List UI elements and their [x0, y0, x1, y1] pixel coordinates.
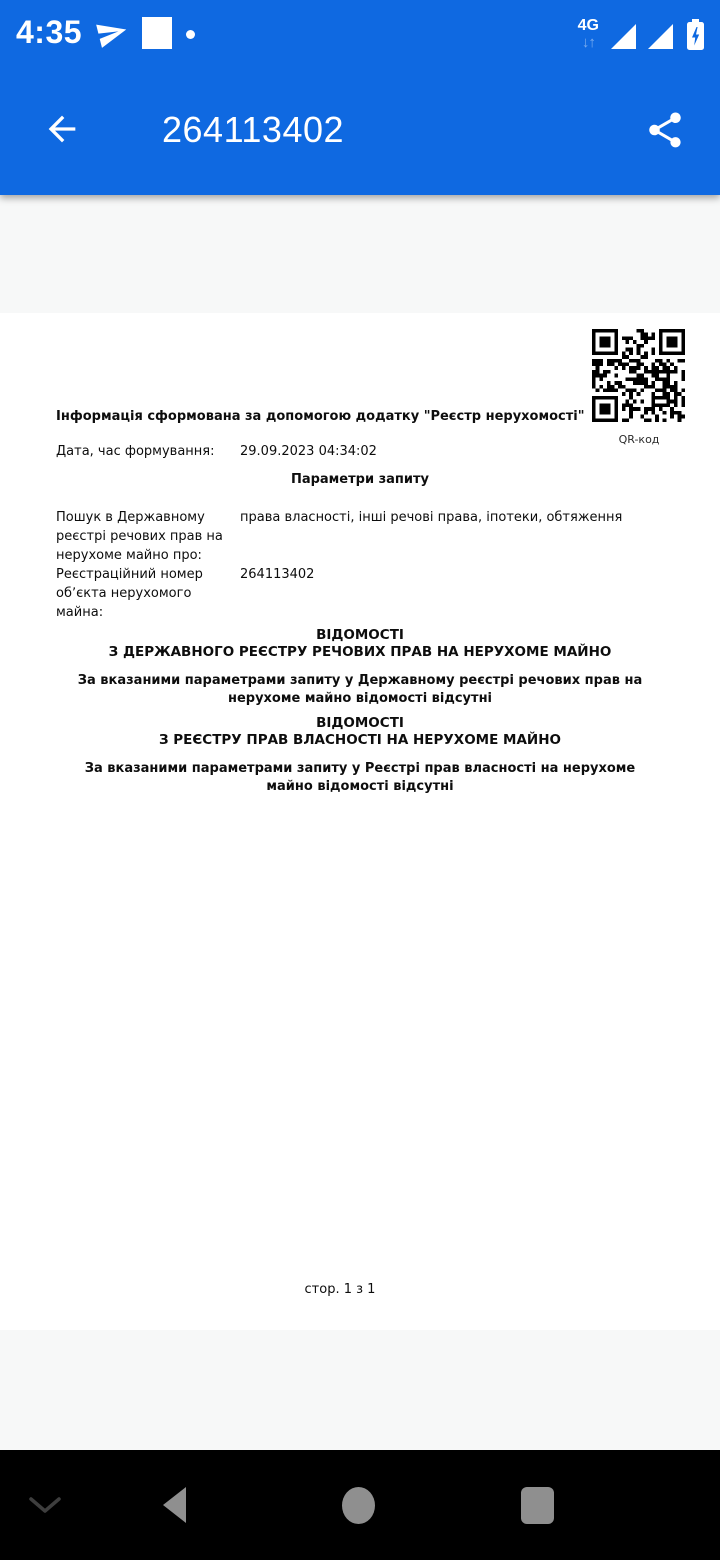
share-button[interactable]	[644, 109, 686, 151]
app-notification-icon	[142, 17, 172, 49]
status-right-group: 4G ↓↑	[578, 16, 720, 50]
section2-title-line1: ВІДОМОСТІ	[0, 715, 720, 732]
nav-back-button[interactable]	[163, 1487, 186, 1524]
nav-home-button[interactable]	[342, 1487, 375, 1524]
page-number-footer: стор. 1 з 1	[0, 1282, 680, 1297]
qr-block: QR-код	[592, 329, 686, 446]
document-page: QR-код Інформація сформована за допомого…	[0, 313, 720, 1330]
status-left-group: 4:35	[0, 14, 195, 51]
section2-title: ВІДОМОСТІ З РЕЄСТРУ ПРАВ ВЛАСНОСТІ НА НЕ…	[0, 715, 720, 749]
phone-screen: 4:35 4G ↓↑	[0, 0, 720, 1560]
battery-charging-icon	[685, 19, 706, 50]
param-regnumber-label: Реєстраційний номер обʼєкта нерухомого м…	[56, 565, 228, 622]
back-triangle-icon	[163, 1487, 186, 1523]
notification-dot-icon	[186, 30, 195, 39]
back-button[interactable]	[42, 109, 82, 149]
param-search-label: Пошук в Державному реєстрі речових прав …	[56, 508, 228, 565]
telegram-notification-icon	[96, 17, 128, 49]
page-title: 264113402	[162, 65, 344, 195]
section2-body: За вказаними параметрами запиту у Реєстр…	[60, 760, 660, 796]
clock: 4:35	[16, 14, 82, 51]
qr-code-image	[592, 329, 685, 422]
section1-body: За вказаними параметрами запиту у Держав…	[60, 672, 660, 708]
section1-title-line1: ВІДОМОСТІ	[0, 627, 720, 644]
document-info-line: Інформація сформована за допомогою додат…	[56, 409, 585, 424]
android-navigation-bar	[0, 1450, 720, 1560]
param-search-value: права власності, інші речові права, іпот…	[240, 508, 670, 527]
date-value: 29.09.2023 04:34:02	[240, 444, 377, 459]
network-activity-arrows-icon: ↓↑	[582, 35, 595, 50]
network-indicator: 4G ↓↑	[578, 18, 599, 50]
section1-title: ВІДОМОСТІ З ДЕРЖАВНОГО РЕЄСТРУ РЕЧОВИХ П…	[0, 627, 720, 661]
nav-recents-button[interactable]	[521, 1487, 554, 1524]
param-regnumber-value: 264113402	[240, 565, 670, 584]
section1-title-line2: З ДЕРЖАВНОГО РЕЄСТРУ РЕЧОВИХ ПРАВ НА НЕР…	[0, 644, 720, 661]
top-bar: 4:35 4G ↓↑	[0, 0, 720, 195]
section2-title-line2: З РЕЄСТРУ ПРАВ ВЛАСНОСТІ НА НЕРУХОМЕ МАЙ…	[0, 732, 720, 749]
date-label: Дата, час формування:	[56, 444, 215, 459]
app-bar: 264113402	[0, 65, 720, 195]
qr-code-label: QR-код	[592, 433, 686, 446]
signal-strength-icon-sim1	[611, 24, 636, 49]
network-type-label: 4G	[578, 18, 599, 34]
query-params-title: Параметри запиту	[0, 472, 720, 487]
status-bar: 4:35 4G ↓↑	[0, 0, 720, 65]
hide-navbar-chevron-icon[interactable]	[28, 1496, 62, 1516]
signal-strength-icon-sim2	[648, 24, 673, 49]
